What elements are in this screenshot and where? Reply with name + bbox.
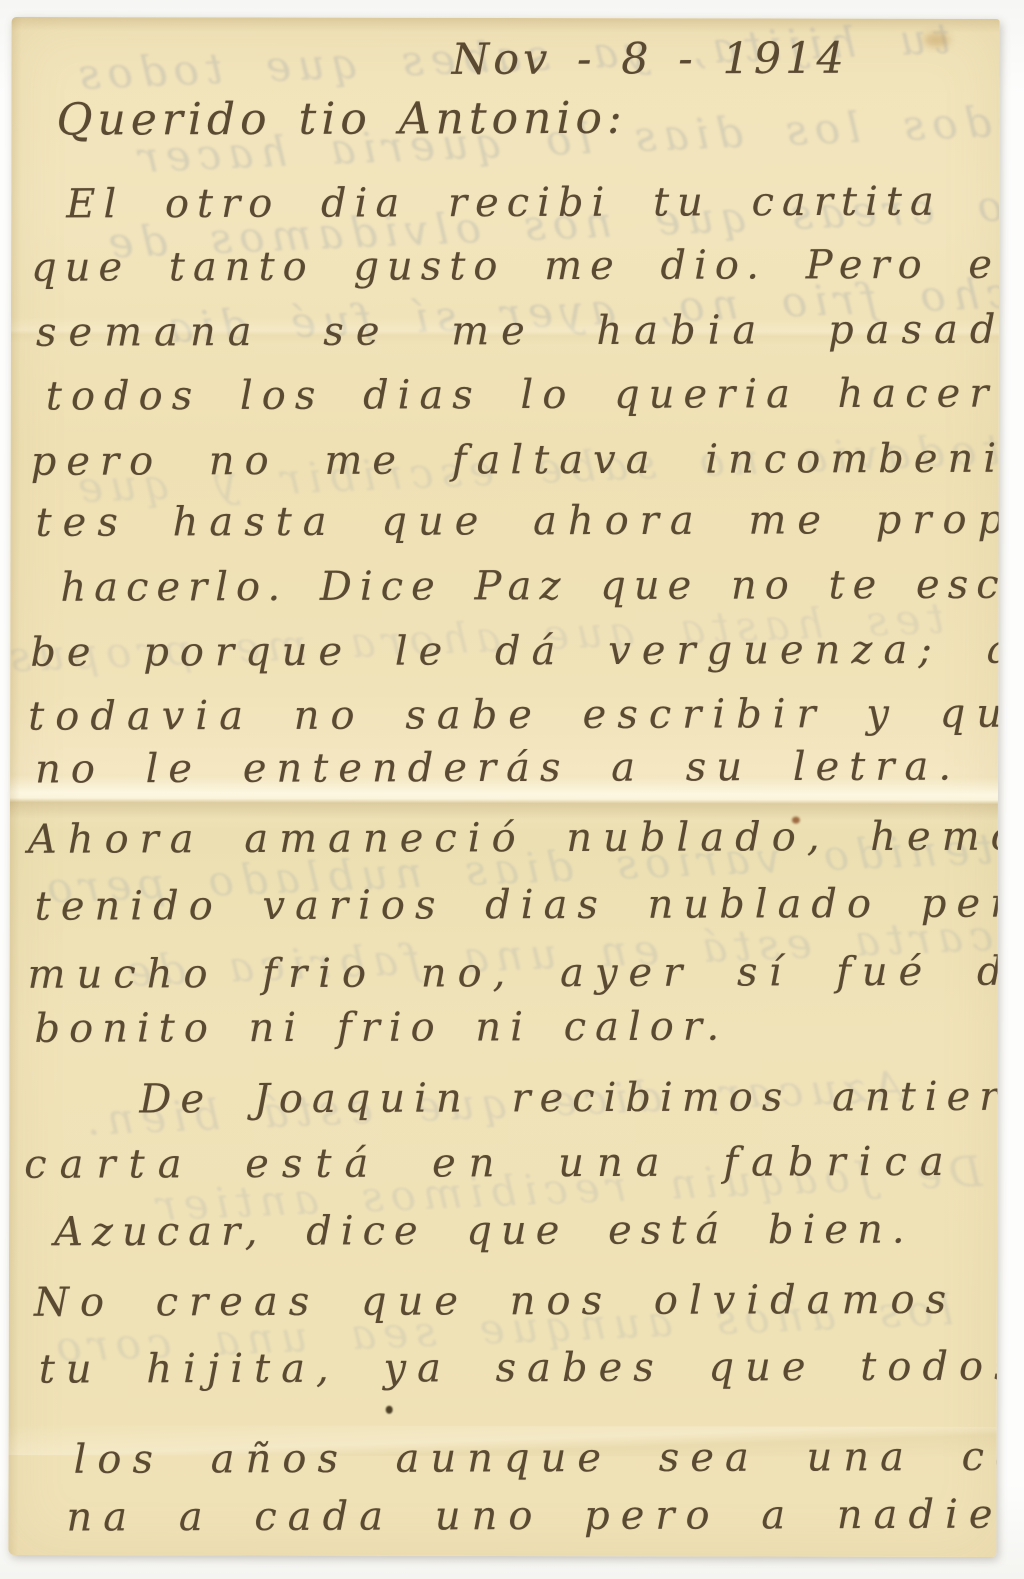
- letter-line: los años aunque sea una coro: [74, 1435, 1000, 1482]
- letter-line: tes hasta que ahora me propuse: [35, 497, 999, 544]
- letter-line: tu hijita, ya sabes que todos: [39, 1345, 1000, 1392]
- letter-line: El otro dia recibi tu cartita: [66, 180, 942, 227]
- letter-paper: tu hijita, ya sabes que todos todos los …: [8, 17, 999, 1557]
- letter-line: Ahora amaneció nublado, hemos: [28, 814, 1000, 861]
- letter-line: que tanto gusto me dio. Pero esta: [31, 242, 1000, 289]
- letter-line: mucho frio no, ayer sí fué dia: [28, 949, 1000, 996]
- letter-line: todos los dias lo queria hacer: [46, 372, 998, 419]
- letter-line: be porque le dá verguenza; que: [30, 627, 999, 674]
- letter-line: No creas que nos olvidamos de: [34, 1277, 1000, 1324]
- letter-line: De Joaquin recibimos antier: [139, 1075, 999, 1122]
- letter-line: no le entenderás a su letra.: [35, 745, 961, 792]
- letter-line: bonito ni frio ni calor.: [34, 1005, 728, 1051]
- letter-salutation: Querido tio Antonio:: [56, 95, 627, 145]
- letter-line: hacerlo. Dice Paz que no te escri-: [60, 563, 999, 610]
- letter-line: todavia no sabe escribir y que: [28, 691, 1000, 738]
- letter-line: na a cada uno pero a nadie: [66, 1493, 999, 1540]
- letter-line: Azucar, dice que está bien.: [54, 1208, 914, 1255]
- letter-line: carta está en una fabrica de: [24, 1139, 999, 1186]
- letter-date: Nov - 8 - 1914: [451, 36, 847, 85]
- scanned-letter-page: tu hijita, ya sabes que todos todos los …: [0, 0, 1024, 1579]
- letter-line: tenido varios dias nublado pero: [35, 881, 1000, 928]
- letter-line: pero no me faltava incombenien-: [31, 436, 1000, 483]
- letter-line: semana se me habia pasado,: [36, 307, 1000, 354]
